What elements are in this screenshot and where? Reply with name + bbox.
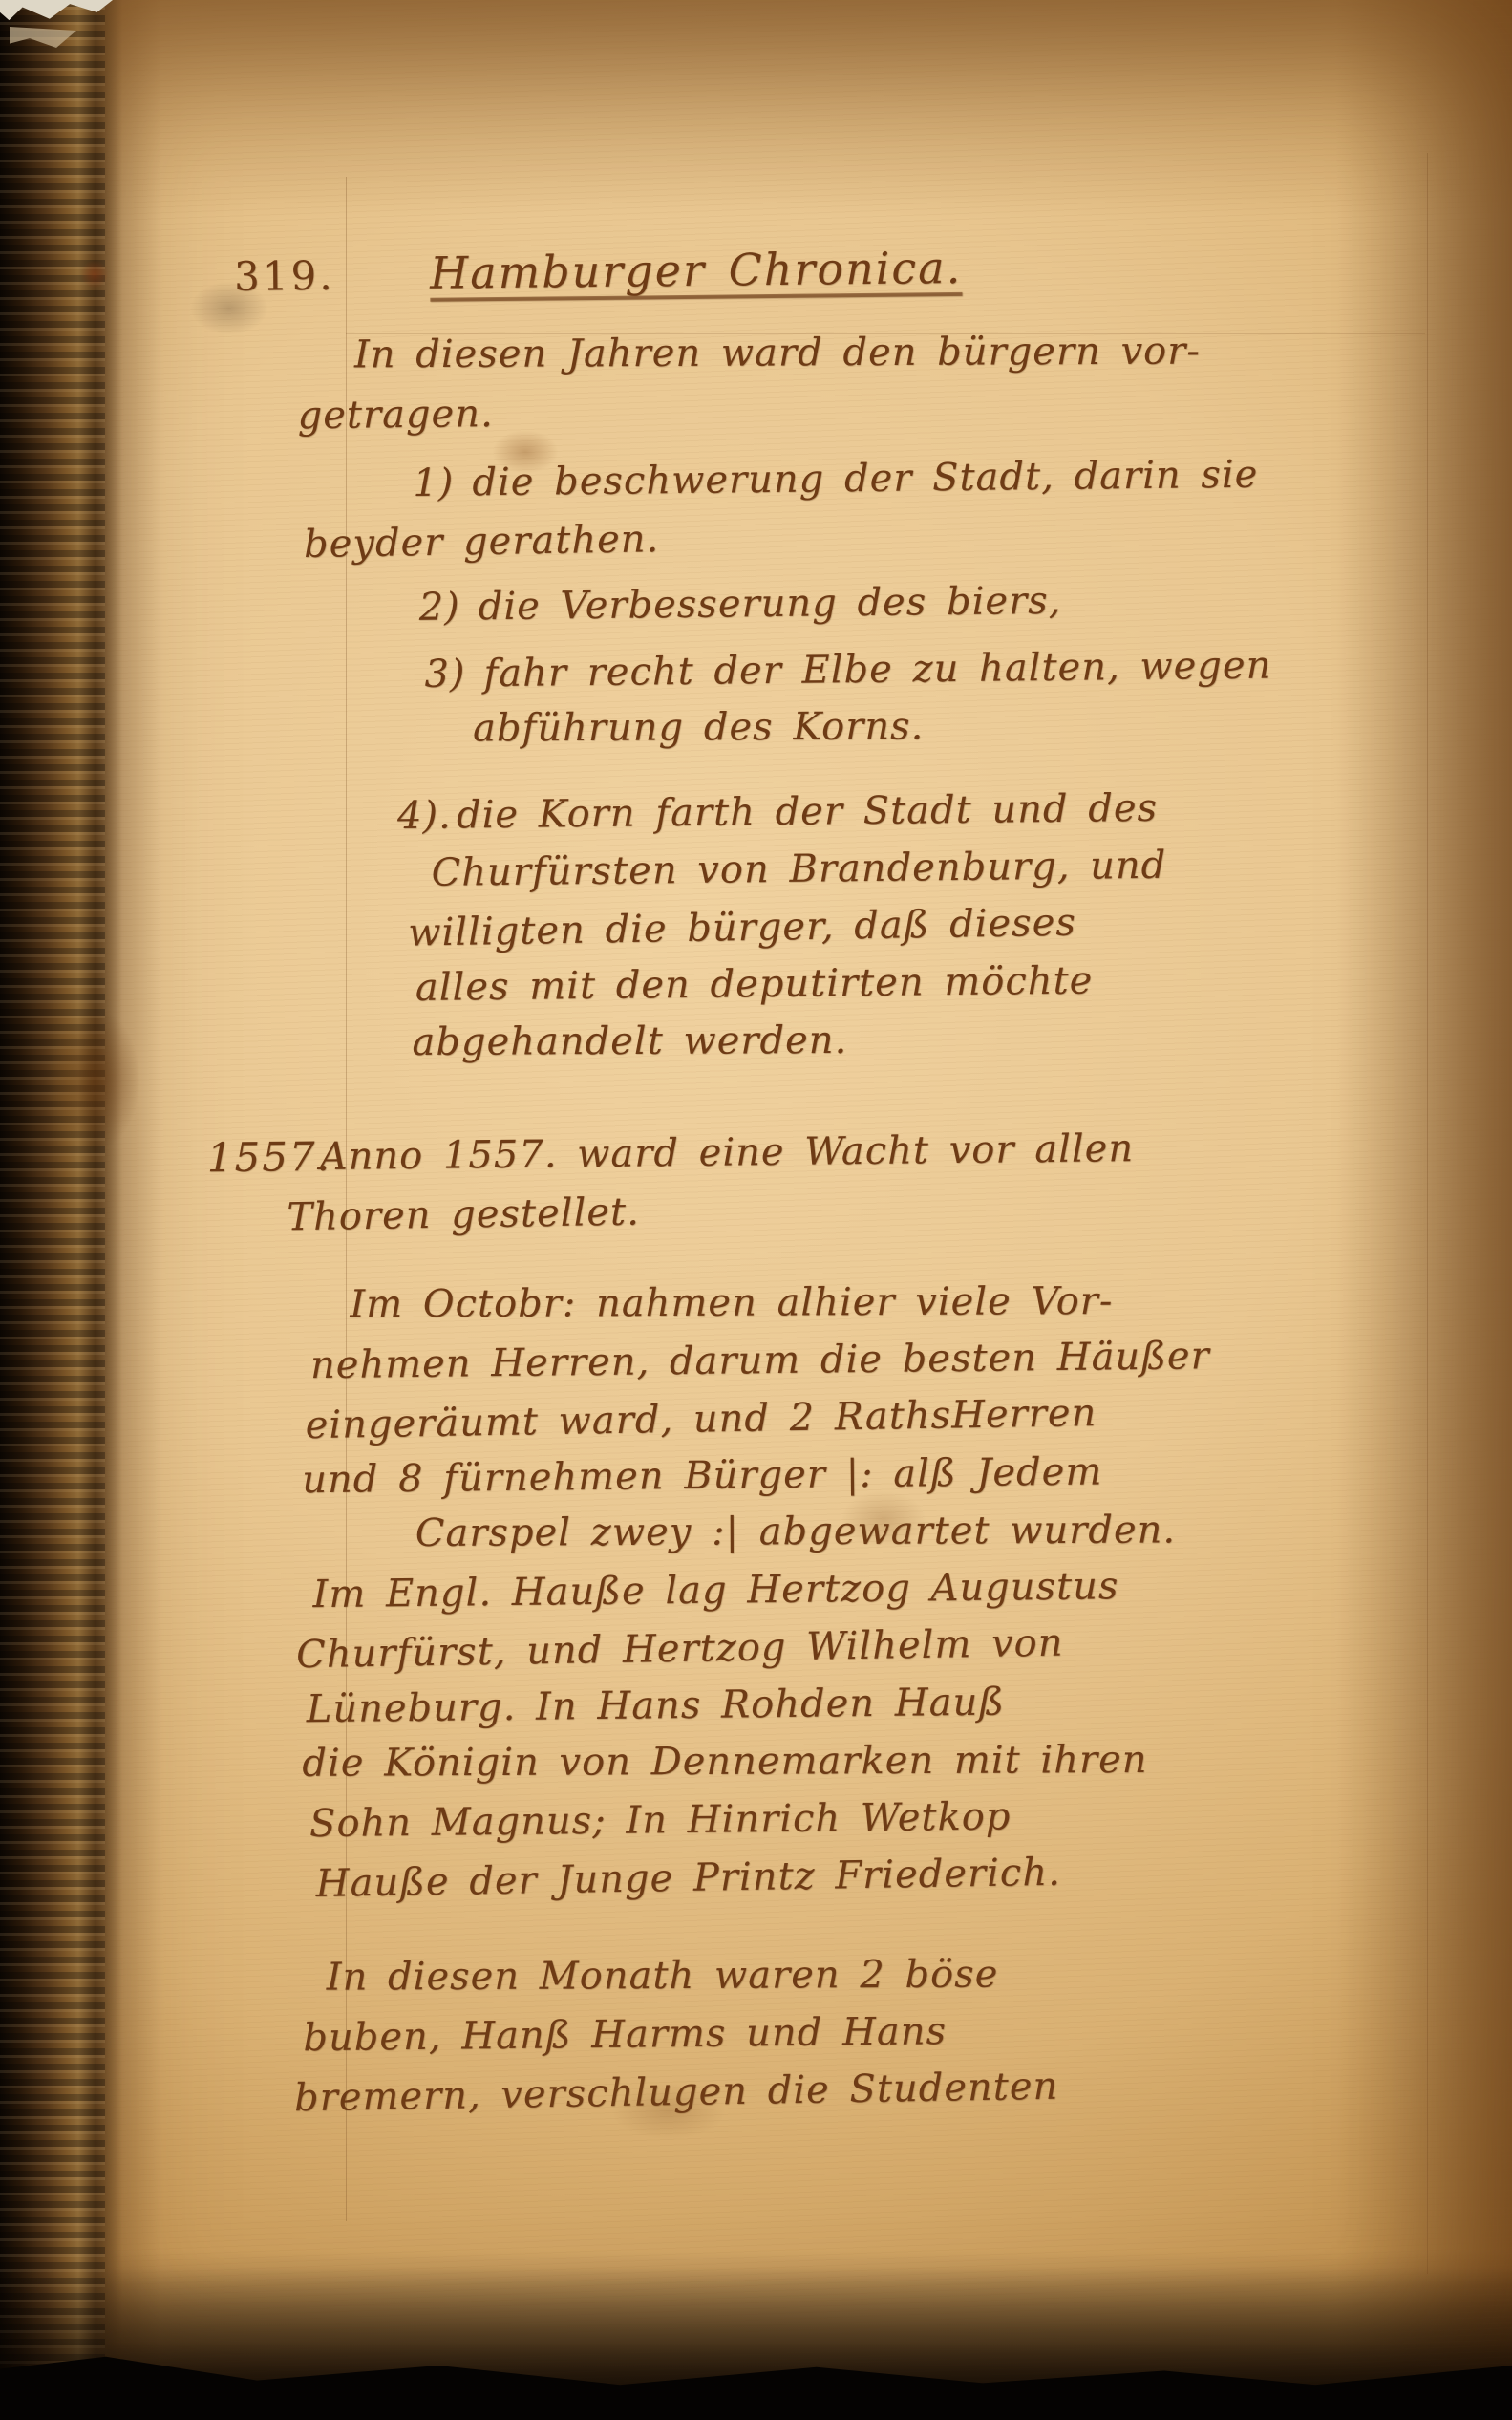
list-line: die beschwerung der Stadt, darin sie <box>472 453 1258 505</box>
list-marker: 4). <box>397 787 458 846</box>
list-line: abgehandelt werden. <box>412 1010 1359 1071</box>
list-marker: 2) <box>418 578 479 636</box>
intro-line: In diesen Jahren ward den bürgern vor- <box>354 322 1352 384</box>
closing-paragraph: In diesen Monath waren 2 böse buben, Han… <box>203 1941 1371 2126</box>
ink-stain <box>80 260 109 289</box>
list-item: 2)die Verbesserung des biers, <box>189 569 1355 639</box>
list-item: 4).die Korn farth der Stadt und des Chur… <box>192 778 1360 1077</box>
entry-1557: 1557. Anno 1557. ward eine Wacht vor all… <box>195 1118 1361 1245</box>
list-marker: 3) <box>424 645 484 703</box>
list-line: die Korn farth der Stadt und des <box>457 786 1159 838</box>
page-header: 319. Hamburger Chronica. <box>186 235 1352 307</box>
body-line: Carspel zwey :| abgewartet wurden. <box>415 1501 1365 1562</box>
spine-texture <box>0 0 105 2420</box>
closing-line: In diesen Monath waren 2 böse <box>327 1944 1370 2006</box>
chronicle-title: Hamburger Chronica. <box>430 239 963 302</box>
list-item: 3)fahr recht der Elbe zu halten, wegen a… <box>190 636 1356 763</box>
page-crease-right <box>1427 153 1428 2274</box>
list-marker: 1) <box>413 454 473 512</box>
october-paragraph: Im Octobr: nahmen alhier viele Vor- nehm… <box>197 1269 1369 1912</box>
intro-line: getragen. <box>297 376 1353 445</box>
list-line: abführung des Korns. <box>473 696 1356 757</box>
agenda-list: 1)die beschwerung der Stadt, darin sie b… <box>188 445 1360 1077</box>
ink-stain <box>50 1008 140 1151</box>
handwritten-text: 319. Hamburger Chronica. In diesen Jahre… <box>186 235 1372 2126</box>
margin-year: 1557. <box>206 1128 331 1187</box>
intro-paragraph: In diesen Jahren ward den bürgern vor- g… <box>187 319 1353 446</box>
list-line: die Verbesserung des biers, <box>478 579 1061 629</box>
manuscript-photo: 319. Hamburger Chronica. In diesen Jahre… <box>0 0 1512 2420</box>
body-line: die Königin von Dennemarken mit ihren <box>302 1730 1367 1792</box>
list-item: 1)die beschwerung der Stadt, darin sie b… <box>188 445 1354 572</box>
page-number: 319. <box>234 246 378 306</box>
list-line: fahr recht der Elbe zu halten, wegen <box>483 644 1271 696</box>
body-line: Im Octobr: nahmen alhier viele Vor- <box>350 1272 1362 1334</box>
